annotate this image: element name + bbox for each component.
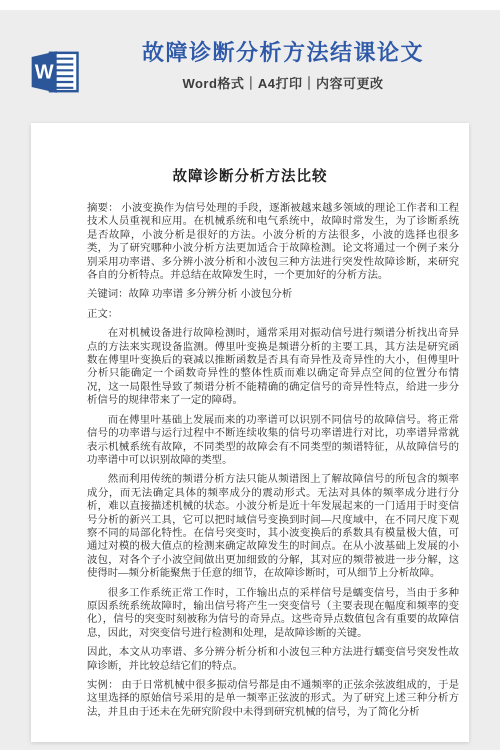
paragraph: 然而利用传统的频谱分析方法只能从频谱图上了解故障信号的所包含的频率成分，而无法确… <box>87 473 459 580</box>
document-title: 故障诊断分析方法比较 <box>87 165 413 186</box>
paragraph: 正文： <box>87 308 459 321</box>
paragraph: 而在傅里叶基础上发展而来的功率谱可以识别不同信号的故障信号。将正常信号的功率谱与… <box>87 414 459 468</box>
header-text-block: 故障诊断分析方法结课论文 Word格式｜A4打印｜内容可更改 <box>82 40 484 92</box>
template-format-subtitle: Word格式｜A4打印｜内容可更改 <box>82 73 484 92</box>
document-page-preview: 故障诊断分析方法比较 摘要： 小波变换作为信号处理的手段，逐渐被越来越多领域的理… <box>31 123 469 742</box>
paragraph: 摘要： 小波变换作为信号处理的手段，逐渐被越来越多领域的理论工作者和工程技术人员… <box>87 202 459 282</box>
paragraph: 很多工作系统正常工作时，工作输出点的采样信号是蠕变信号，当由于多种原因系统系统故… <box>87 587 459 641</box>
document-body: 摘要： 小波变换作为信号处理的手段，逐渐被越来越多领域的理论工作者和工程技术人员… <box>87 202 459 719</box>
top-strip <box>0 0 500 10</box>
paragraph: 因此，本文从功率谱、多分辨分析分析和小波包三种方法进行蠕变信号突发性故障诊断，并… <box>87 646 459 673</box>
paragraph: 在对机械设备进行故障检测时，通常采用对振动信号进行频谱分析找出奇异点的方法来实现… <box>87 327 459 407</box>
word-logo-letter: W <box>35 62 54 84</box>
paragraph: 关键词：故障 功率谱 多分辨分析 小波包分析 <box>87 288 459 301</box>
template-header: W 故障诊断分析方法结课论文 Word格式｜A4打印｜内容可更改 <box>0 10 500 123</box>
word-logo-icon: W <box>30 48 80 96</box>
paragraph: 实例： 由于日常机械中很多振动信号都是由不通频率的正弦余弦波组成的，于是这里选择… <box>87 679 459 719</box>
page-title: 故障诊断分析方法结课论文 <box>82 40 484 66</box>
